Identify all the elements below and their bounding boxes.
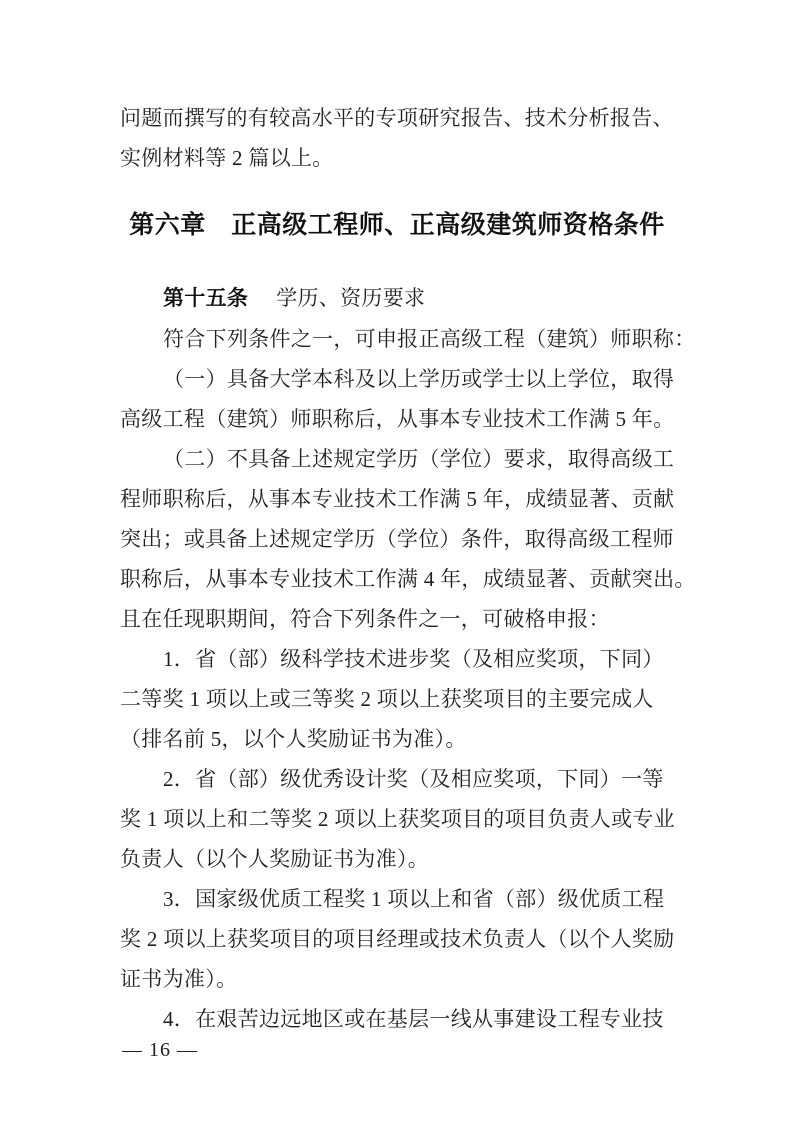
text-line: 二等奖 1 项以上或三等奖 2 项以上获奖项目的主要完成人 — [120, 679, 674, 719]
text-line: 2．省（部）级优秀设计奖（及相应奖项，下同）一等 — [120, 759, 674, 799]
paragraph: 2．省（部）级优秀设计奖（及相应奖项，下同）一等奖 1 项以上和二等奖 2 项以… — [120, 759, 674, 879]
document-page: 问题而撰写的有较高水平的专项研究报告、技术分析报告、实例材料等 2 篇以上。第六… — [0, 0, 793, 1122]
text-line: 奖 2 项以上获奖项目的项目经理或技术负责人（以个人奖励 — [120, 919, 674, 959]
paragraph: （二）不具备上述规定学历（学位）要求，取得高级工程师职称后，从事本专业技术工作满… — [120, 439, 674, 639]
text-line: 程师职称后，从事本专业技术工作满 5 年，成绩显著、贡献 — [120, 479, 674, 519]
text-line: 高级工程（建筑）师职称后，从事本专业技术工作满 5 年。 — [120, 399, 674, 439]
text-line: 符合下列条件之一，可申报正高级工程（建筑）师职称： — [120, 319, 674, 359]
paragraph: 1．省（部）级科学技术进步奖（及相应奖项，下同）二等奖 1 项以上或三等奖 2 … — [120, 639, 674, 759]
text-line: 1．省（部）级科学技术进步奖（及相应奖项，下同） — [120, 639, 674, 679]
text-line: 问题而撰写的有较高水平的专项研究报告、技术分析报告、 — [120, 98, 674, 138]
paragraph: 3．国家级优质工程奖 1 项以上和省（部）级优质工程奖 2 项以上获奖项目的项目… — [120, 879, 674, 999]
article-title: 学历、资历要求 — [276, 286, 425, 310]
text-line: （一）具备大学本科及以上学历或学士以上学位，取得 — [120, 359, 674, 399]
chapter-heading: 第六章 正高级工程师、正高级建筑师资格条件 — [120, 203, 674, 247]
text-line: 职称后，从事本专业技术工作满 4 年，成绩显著、贡献突出。 — [120, 559, 674, 599]
paragraph: 符合下列条件之一，可申报正高级工程（建筑）师职称： — [120, 319, 674, 359]
paragraph: （一）具备大学本科及以上学历或学士以上学位，取得高级工程（建筑）师职称后，从事本… — [120, 359, 674, 439]
text-line: （二）不具备上述规定学历（学位）要求，取得高级工 — [120, 439, 674, 479]
text-line: 负责人（以个人奖励证书为准）。 — [120, 839, 674, 879]
text-line: （排名前 5，以个人奖励证书为准）。 — [120, 719, 674, 759]
text-line: 第十五条学历、资历要求 — [120, 278, 674, 319]
text-line: 证书为准）。 — [120, 959, 674, 999]
text-line: 3．国家级优质工程奖 1 项以上和省（部）级优质工程 — [120, 879, 674, 919]
text-line: 4．在艰苦边远地区或在基层一线从事建设工程专业技 — [120, 999, 674, 1039]
text-line: 突出；或具备上述规定学历（学位）条件，取得高级工程师 — [120, 519, 674, 559]
page-number: — 16 — — [122, 1038, 198, 1062]
text-line: 奖 1 项以上和二等奖 2 项以上获奖项目的项目负责人或专业 — [120, 799, 674, 839]
article-heading: 第十五条学历、资历要求 — [120, 278, 674, 319]
text-line: 且在任现职期间，符合下列条件之一，可破格申报： — [120, 599, 674, 639]
article-number: 第十五条 — [163, 287, 248, 310]
continuation-paragraph: 问题而撰写的有较高水平的专项研究报告、技术分析报告、实例材料等 2 篇以上。 — [120, 98, 674, 178]
document-body: 问题而撰写的有较高水平的专项研究报告、技术分析报告、实例材料等 2 篇以上。第六… — [120, 98, 674, 1039]
text-line: 实例材料等 2 篇以上。 — [120, 138, 674, 178]
paragraph: 4．在艰苦边远地区或在基层一线从事建设工程专业技 — [120, 999, 674, 1039]
